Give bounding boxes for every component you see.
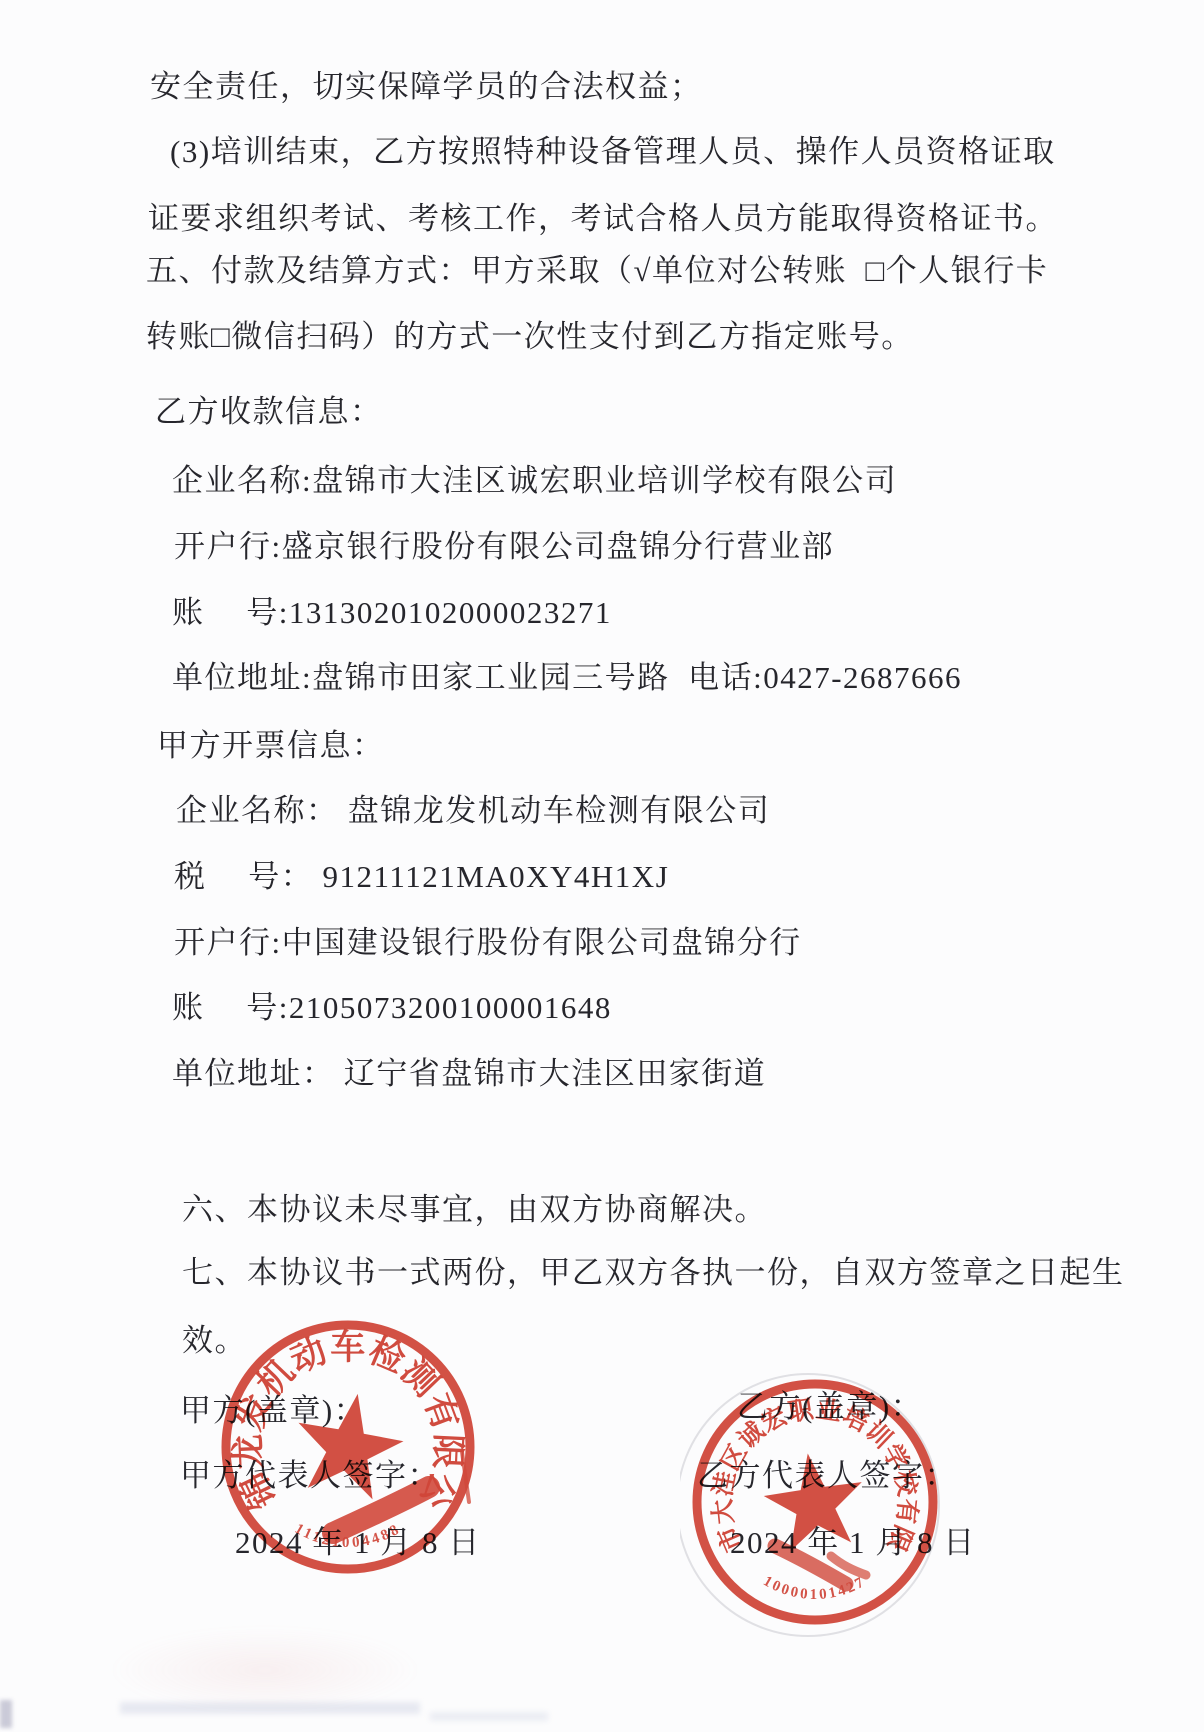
line-clause5-payment: 五、付款及结算方式：甲方采取（√单位对公转账 □个人银行卡 — [146, 252, 1048, 289]
bottom-bleedthrough-mark — [430, 1712, 548, 1721]
bottom-bleedthrough-mark — [120, 1702, 420, 1714]
party-a-company-seal: 盘锦龙发机动车检测有限公司 2111210044887 — [213, 1312, 483, 1582]
line-partyb-account-head: 乙方收款信息： — [155, 393, 383, 430]
line-partya-bank: 开户行:中国建设银行股份有限公司盘锦分行 — [174, 924, 802, 961]
line-partyb-address: 单位地址:盘锦市田家工业园三号路 电话:0427-2687666 — [172, 659, 962, 696]
line-partya-company: 企业名称： 盘锦龙发机动车检测有限公司 — [176, 792, 770, 829]
line-clause6: 六、本协议未尽事宜，由双方协商解决。 — [182, 1191, 767, 1228]
line-partya-address: 单位地址： 辽宁省盘锦市大洼区田家街道 — [172, 1055, 766, 1092]
line-partya-invoice-head: 甲方开票信息： — [157, 727, 385, 764]
star-icon — [288, 1385, 411, 1503]
pink-bleedthrough-smudge — [110, 1628, 420, 1712]
line-clause5-payment-2: 转账□微信扫码）的方式一次性支付到乙方指定账号。 — [146, 318, 914, 355]
edge-scan-artifact — [0, 1700, 12, 1728]
red-signature-scribble — [775, 1546, 846, 1584]
line-partya-tax-no: 税 号： 91211121MA0XY4H1XJ — [174, 858, 669, 895]
line-item3-start: (3)培训结束，乙方按照特种设备管理人员、操作人员资格证取 — [170, 133, 1056, 170]
party-b-company-seal: 盘锦市大洼区诚宏职业培训学校有限公司 1100001014277 — [680, 1370, 950, 1640]
line-partyb-account-no: 账 号:1313020102000023271 — [172, 594, 612, 631]
red-signature-scribble — [333, 1487, 429, 1533]
line-safety-obligation: 安全责任，切实保障学员的合法权益； — [150, 68, 703, 105]
star-icon — [759, 1447, 870, 1554]
line-item3-end: 证要求组织考试、考核工作，考试合格人员方能取得资格证书。 — [148, 200, 1058, 237]
line-partyb-bank: 开户行:盛京银行股份有限公司盘锦分行营业部 — [174, 528, 834, 565]
line-partyb-company: 企业名称:盘锦市大洼区诚宏职业培训学校有限公司 — [172, 462, 897, 499]
contract-page: 安全责任，切实保障学员的合法权益； (3)培训结束，乙方按照特种设备管理人员、操… — [0, 0, 1204, 1732]
line-partya-account-no: 账 号:2105073200100001648 — [172, 989, 612, 1026]
line-clause7: 七、本协议书一式两份，甲乙双方各执一份，自双方签章之日起生 — [182, 1254, 1125, 1291]
